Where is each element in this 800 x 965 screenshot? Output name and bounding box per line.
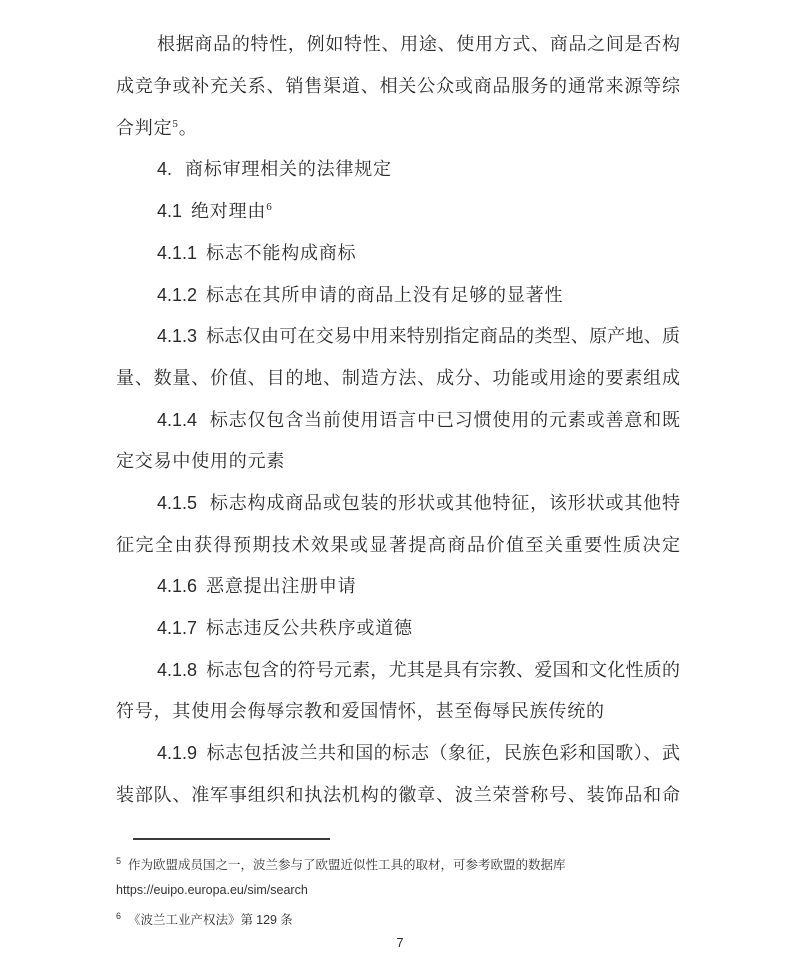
footnote-separator [133, 838, 330, 840]
item-4-1-8: 4.1.8标志包含的符号元素，尤其是具有宗教、爱国和文化性质的 [157, 655, 680, 685]
item-number: 4.1.9 [157, 743, 197, 763]
item-text: 恶意提出注册申请 [206, 576, 356, 596]
heading-text: 绝对理由 [191, 201, 266, 221]
item-text: 标志不能构成商标 [206, 243, 356, 263]
footnote-ref-6: 6 [266, 201, 272, 213]
document-page: 根据商品的特性，例如特性、用途、使用方式、商品之间是否构 成竞争或补充关系、销售… [0, 0, 800, 965]
item-4-1-9: 4.1.9标志包括波兰共和国的标志（象征，民族色彩和国歌）、武 [157, 738, 680, 768]
footnote-5: 5作为欧盟成员国之一，波兰参与了欧盟近似性工具的取材，可参考欧盟的数据库 [116, 856, 676, 874]
item-number: 4.1.8 [157, 660, 197, 680]
item-text: 标志仅包含当前使用语言中已习惯使用的元素或善意和既 [209, 410, 680, 430]
page-number: 7 [0, 935, 800, 951]
heading-section-4: 4.商标审理相关的法律规定 [157, 154, 680, 184]
item-text: 标志包含的符号元素，尤其是具有宗教、爱国和文化性质的 [206, 660, 680, 680]
heading-section-4-1: 4.1绝对理由6 [157, 196, 680, 226]
item-4-1-6: 4.1.6恶意提出注册申请 [157, 571, 680, 601]
section-number: 4. [157, 159, 172, 179]
item-4-1-2: 4.1.2标志在其所申请的商品上没有足够的显著性 [157, 280, 680, 310]
line-text: 征完全由获得预期技术效果或显著提高商品价值至关重要性质决定 [116, 535, 680, 555]
item-number: 4.1.5 [157, 493, 197, 513]
heading-text: 商标审理相关的法律规定 [185, 159, 392, 179]
body-line-2: 成竞争或补充关系、销售渠道、相关公众或商品服务的通常来源等综 [116, 71, 680, 101]
item-number: 4.1.2 [157, 285, 197, 305]
line-text: 根据商品的特性，例如特性、用途、使用方式、商品之间是否构 [157, 34, 680, 54]
item-text: 标志违反公共秩序或道德 [206, 618, 413, 638]
section-number: 4.1 [157, 201, 182, 221]
body-line-3: 合判定5。 [116, 113, 680, 143]
line-text: 合判定 [116, 118, 172, 138]
item-number: 4.1.6 [157, 576, 197, 596]
item-4-1-1: 4.1.1标志不能构成商标 [157, 238, 680, 268]
article-number: 129 [256, 913, 277, 927]
line-text: 定交易中使用的元素 [116, 451, 285, 471]
line-text: 。 [179, 118, 198, 138]
line-text: 装部队、准军事组织和执法机构的徽章、波兰荣誉称号、装饰品和命 [116, 785, 680, 805]
line-text: 成竞争或补充关系、销售渠道、相关公众或商品服务的通常来源等综 [116, 76, 680, 96]
body-line-continuation: 量、数量、价值、目的地、制造方法、成分、功能或用途的要素组成 [116, 363, 680, 393]
line-text: 量、数量、价值、目的地、制造方法、成分、功能或用途的要素组成 [116, 368, 680, 388]
body-line-1: 根据商品的特性，例如特性、用途、使用方式、商品之间是否构 [157, 29, 680, 59]
body-line-continuation: 装部队、准军事组织和执法机构的徽章、波兰荣誉称号、装饰品和命 [116, 780, 680, 810]
footnote-5-text: 作为欧盟成员国之一，波兰参与了欧盟近似性工具的取材，可参考欧盟的数据库 [128, 858, 566, 872]
body-line-continuation: 符号，其使用会侮辱宗教和爱国情怀，甚至侮辱民族传统的 [116, 696, 680, 726]
footnote-5-url: https://euipo.europa.eu/sim/search [116, 881, 676, 899]
footnote-6: 6《波兰工业产权法》第 129 条 [116, 911, 676, 929]
item-text: 标志在其所申请的商品上没有足够的显著性 [206, 285, 563, 305]
item-4-1-7: 4.1.7标志违反公共秩序或道德 [157, 613, 680, 643]
item-4-1-3: 4.1.3标志仅由可在交易中用来特别指定商品的类型、原产地、质 [157, 321, 680, 351]
item-4-1-4: 4.1.4标志仅包含当前使用语言中已习惯使用的元素或善意和既 [157, 405, 680, 435]
item-number: 4.1.1 [157, 243, 197, 263]
item-number: 4.1.3 [157, 326, 197, 346]
body-line-continuation: 定交易中使用的元素 [116, 446, 680, 476]
item-text: 标志构成商品或包装的形状或其他特征，该形状或其他特 [209, 493, 680, 513]
footnote-6-text: 条 [277, 913, 293, 927]
footnote-6-text: 《波兰工业产权法》第 [128, 913, 256, 927]
body-line-continuation: 征完全由获得预期技术效果或显著提高商品价值至关重要性质决定 [116, 530, 680, 560]
footnote-6-marker: 6 [116, 911, 121, 921]
item-number: 4.1.4 [157, 410, 197, 430]
item-text: 标志仅由可在交易中用来特别指定商品的类型、原产地、质 [206, 326, 680, 346]
line-text: 符号，其使用会侮辱宗教和爱国情怀，甚至侮辱民族传统的 [116, 701, 605, 721]
item-4-1-5: 4.1.5标志构成商品或包装的形状或其他特征，该形状或其他特 [157, 488, 680, 518]
footnote-5-marker: 5 [116, 856, 121, 866]
item-text: 标志包括波兰共和国的标志（象征，民族色彩和国歌）、武 [206, 743, 680, 763]
item-number: 4.1.7 [157, 618, 197, 638]
